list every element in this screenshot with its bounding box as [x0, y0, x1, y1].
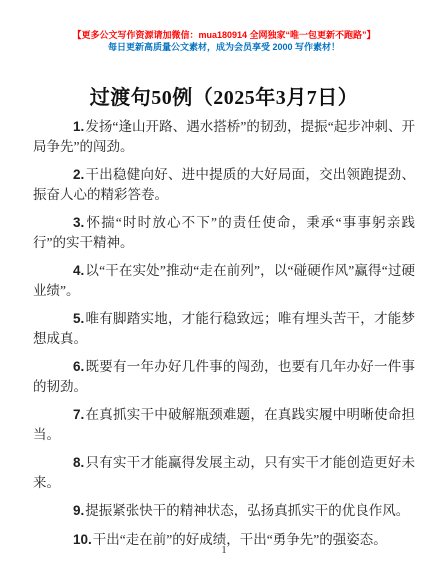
page-number: 1 — [0, 545, 448, 556]
item-number: 3. — [73, 215, 84, 230]
item-number: 9. — [73, 503, 84, 518]
list-item: 6.既要有一年办好几件事的闯劲，也要有几年办好一件事的韧劲。 — [33, 357, 415, 396]
list-item: 3.怀揣“时时放心不下”的责任使命，秉承“事事躬亲践行”的实干精神。 — [33, 213, 415, 252]
list-item: 2.干出稳健向好、进中提质的大好局面，交出领跑提劲、振奋人心的精彩答卷。 — [33, 165, 415, 204]
item-text: 怀揣“时时放心不下”的责任使命，秉承“事事躬亲践行”的实干精神。 — [33, 215, 415, 250]
list-item: 8.只有实干才能赢得发展主动，只有实干才能创造更好未来。 — [33, 453, 415, 492]
promo-line-blue: 每日更新高质量公文素材，成为会员享受 2000 写作素材！ — [0, 41, 448, 53]
item-number: 2. — [73, 167, 84, 182]
list-item: 7.在真抓实干中破解瓶颈难题，在真践实履中明晰使命担当。 — [33, 405, 415, 444]
item-text: 提振紧张快干的精神状态，弘扬真抓实干的优良作风。 — [85, 503, 409, 518]
item-text: 在真抓实干中破解瓶颈难题，在真践实履中明晰使命担当。 — [33, 407, 415, 442]
promo-line-red: 【更多公文写作资源请加微信：mua180914 全网独家“唯一包更新不跑路”】 — [0, 29, 448, 41]
item-text: 唯有脚踏实地，才能行稳致远；唯有埋头苦干，才能梦想成真。 — [33, 311, 415, 346]
item-number: 4. — [73, 263, 84, 278]
list-item: 5.唯有脚踏实地，才能行稳致远；唯有埋头苦干，才能梦想成真。 — [33, 309, 415, 348]
item-number: 5. — [73, 311, 84, 326]
item-number: 7. — [73, 407, 84, 422]
document-body: 1.发扬“逢山开路、遇水搭桥”的韧劲，提振“起步冲刺、开局争先”的闯劲。 2.干… — [33, 117, 415, 549]
item-text: 干出稳健向好、进中提质的大好局面，交出领跑提劲、振奋人心的精彩答卷。 — [33, 167, 415, 202]
promo-header: 【更多公文写作资源请加微信：mua180914 全网独家“唯一包更新不跑路”】 … — [0, 0, 448, 53]
item-text: 以“干在实处”推动“走在前列”，以“碰硬作风”赢得“过硬业绩”。 — [33, 263, 415, 298]
item-text: 既要有一年办好几件事的闯劲，也要有几年办好一件事的韧劲。 — [33, 359, 415, 394]
list-item: 4.以“干在实处”推动“走在前列”，以“碰硬作风”赢得“过硬业绩”。 — [33, 261, 415, 300]
page-title: 过渡句50例（2025年3月7日） — [16, 86, 432, 110]
item-number: 1. — [73, 119, 84, 134]
list-item: 1.发扬“逢山开路、遇水搭桥”的韧劲，提振“起步冲刺、开局争先”的闯劲。 — [33, 117, 415, 156]
item-text: 只有实干才能赢得发展主动，只有实干才能创造更好未来。 — [33, 455, 415, 490]
document-page: 【更多公文写作资源请加微信：mua180914 全网独家“唯一包更新不跑路”】 … — [0, 0, 448, 580]
item-number: 6. — [73, 359, 84, 374]
item-number: 8. — [73, 455, 84, 470]
item-text: 发扬“逢山开路、遇水搭桥”的韧劲，提振“起步冲刺、开局争先”的闯劲。 — [33, 119, 415, 154]
list-item: 9.提振紧张快干的精神状态，弘扬真抓实干的优良作风。 — [33, 501, 415, 521]
